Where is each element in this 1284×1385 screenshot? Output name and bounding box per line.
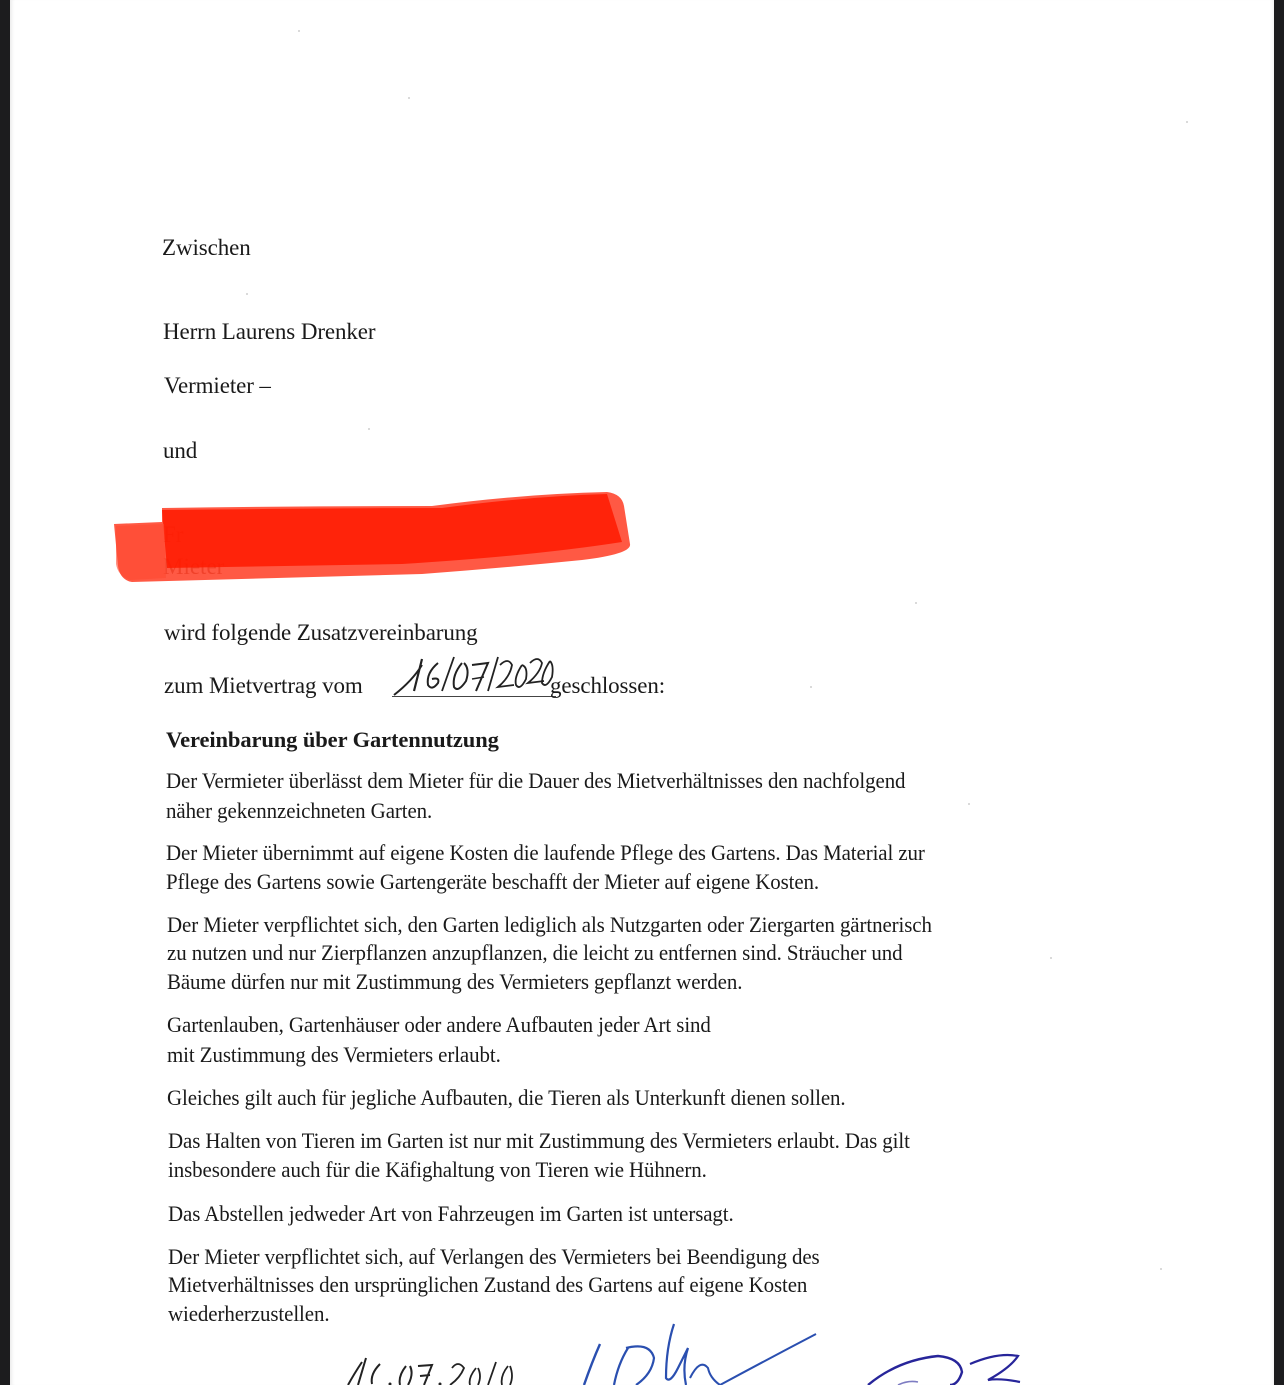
conjunction-text: und — [163, 437, 197, 465]
paragraph-8-line-2: Mietverhältnisses den ursprünglichen Zus… — [168, 1271, 807, 1299]
paragraph-8-line-1: Der Mieter verpflichtet sich, auf Verlan… — [168, 1243, 820, 1271]
scan-speck — [1186, 121, 1188, 123]
paragraph-4-line-2: mit Zustimmung des Vermieters erlaubt. — [167, 1041, 501, 1069]
scan-speck — [968, 803, 970, 805]
paragraph-6-line-2: insbesondere auch für die Käfighaltung v… — [168, 1156, 707, 1184]
contract-date-handwritten-field: 16/07/2020 — [392, 651, 556, 699]
agreement-line-2-suffix: geschlossen: — [550, 672, 665, 700]
scan-speck — [1160, 1268, 1162, 1270]
paragraph-1-line-1: Der Vermieter überlässt dem Mieter für d… — [166, 767, 905, 795]
scan-speck — [408, 97, 410, 99]
red-redaction-mark — [102, 486, 642, 586]
paragraph-2-line-1: Der Mieter übernimmt auf eigene Kosten d… — [166, 839, 925, 867]
scan-speck — [246, 293, 248, 295]
paragraph-3-line-1: Der Mieter verpflichtet sich, den Garten… — [167, 911, 932, 939]
paragraph-3-line-2: zu nutzen und nur Zierpflanzen anzupflan… — [167, 939, 903, 967]
scanned-document-page: Zwischen Herrn Laurens Drenker Vermieter… — [10, 0, 1274, 1385]
paragraph-5-line-1: Gleiches gilt auch für jegliche Aufbaute… — [167, 1084, 846, 1112]
paragraph-3-line-3: Bäume dürfen nur mit Zustimmung des Verm… — [167, 968, 742, 996]
svg-text:16/07/2020: 16/07/2020 — [392, 651, 397, 652]
section-heading: Vereinbarung über Gartennutzung — [166, 726, 499, 754]
paragraph-1-line-2: näher gekennzeichneten Garten. — [166, 797, 432, 825]
paragraph-6-line-1: Das Halten von Tieren im Garten ist nur … — [168, 1127, 910, 1155]
agreement-line-2-prefix: zum Mietvertrag vom — [164, 672, 363, 700]
agreement-line-1: wird folgende Zusatzvereinbarung — [164, 619, 478, 647]
landlord-signature — [570, 1318, 830, 1385]
tenant-signature — [858, 1350, 1028, 1385]
signature-date-handwritten: 16.07.2020 — [340, 1352, 520, 1385]
paragraph-2-line-2: Pflege des Gartens sowie Gartengeräte be… — [166, 868, 819, 896]
intro-text: Zwischen — [162, 234, 251, 262]
landlord-role: Vermieter – — [164, 372, 271, 400]
svg-text:16.07.2020: 16.07.2020 — [340, 1352, 345, 1353]
scan-speck — [810, 686, 812, 688]
scan-speck — [915, 602, 917, 604]
paragraph-7-line-1: Das Abstellen jedweder Art von Fahrzeuge… — [168, 1200, 734, 1228]
scan-speck — [298, 30, 300, 32]
landlord-name: Herrn Laurens Drenker — [163, 318, 375, 346]
scan-speck — [1050, 957, 1052, 959]
paragraph-4-line-1: Gartenlauben, Gartenhäuser oder andere A… — [167, 1011, 711, 1039]
scan-speck — [368, 428, 370, 430]
paragraph-8-line-3: wiederherzustellen. — [168, 1300, 329, 1328]
